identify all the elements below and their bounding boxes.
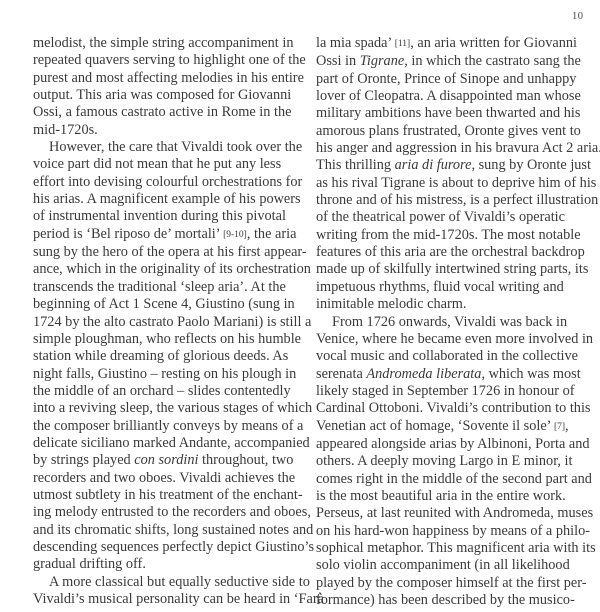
text-segment: appeared alongside arias by Albinoni, Po… bbox=[316, 436, 590, 452]
text-segment: the middle of an orchard – slides conten… bbox=[33, 383, 291, 399]
text-segment: writing from the mid-1720s. The most not… bbox=[316, 227, 581, 243]
text-line: night falls, Giustino – resting on his p… bbox=[33, 366, 291, 383]
text-line: solo violin accompaniment (in all likeli… bbox=[316, 557, 588, 574]
text-segment: utmost subtlety in his treatment of the … bbox=[33, 487, 303, 503]
text-segment: gradual drifting off. bbox=[33, 556, 146, 572]
text-line: recorders and two oboes. Vivaldi achieve… bbox=[33, 470, 291, 487]
text-line: la mia spada’ [11], an aria written for … bbox=[316, 35, 588, 53]
text-line: transcends the traditional ‘sleep aria’.… bbox=[33, 279, 291, 296]
text-segment: simple ploughman, who reflects on his hu… bbox=[33, 331, 301, 347]
text-segment: purest and most affecting melodies in hi… bbox=[33, 70, 304, 86]
text-segment: his anger and aggression in his bravura … bbox=[316, 140, 600, 156]
text-line: purest and most affecting melodies in hi… bbox=[33, 70, 291, 87]
text-segment: on his hard-won happiness by means of a … bbox=[316, 523, 590, 539]
text-segment: formance) has been described by the musi… bbox=[316, 592, 575, 608]
text-segment: military ambitions have been thwarted an… bbox=[316, 105, 580, 121]
text-line: output. This aria was composed for Giova… bbox=[33, 87, 291, 104]
text-line: comes right in the middle of the second … bbox=[316, 471, 588, 488]
text-line: Ossi in Tigrane, in which the castrato s… bbox=[316, 53, 588, 70]
text-segment: Ossi, a famous castrato active in Rome i… bbox=[33, 104, 291, 120]
text-line: amorous plans frustrated, Oronte gives v… bbox=[316, 123, 588, 140]
text-line: appeared alongside arias by Albinoni, Po… bbox=[316, 436, 588, 453]
text-line: played by the composer himself at the fi… bbox=[316, 575, 588, 592]
left-text-column: melodist, the simple string accompanimen… bbox=[33, 35, 291, 608]
text-segment: vocal music and collaborated in the coll… bbox=[316, 348, 578, 364]
text-segment: transcends the traditional ‘sleep aria’.… bbox=[33, 279, 286, 295]
text-segment: Venetian act of homage, ‘Sovente il sole… bbox=[316, 418, 554, 434]
text-segment: , the aria bbox=[247, 226, 297, 242]
text-line: beginning of Act 1 Scene 4, Giustino (su… bbox=[33, 296, 291, 313]
text-line: voice part did not mean that he put any … bbox=[33, 156, 291, 173]
text-line: writing from the mid-1720s. The most not… bbox=[316, 227, 588, 244]
page-number: 10 bbox=[572, 11, 584, 22]
text-segment: mid-1720s. bbox=[33, 122, 98, 138]
text-line: effort into devising colourful orchestra… bbox=[33, 174, 291, 191]
text-line: simple ploughman, who reflects on his hu… bbox=[33, 331, 291, 348]
text-line: features of this aria are the orchestral… bbox=[316, 244, 588, 261]
text-segment: of the theatrical power of Vivaldi’s ope… bbox=[316, 209, 565, 225]
text-segment: beginning of Act 1 Scene 4, Giustino (su… bbox=[33, 296, 295, 312]
text-line: ing melody entrusted to the recorders an… bbox=[33, 504, 291, 521]
text-segment: Vivaldi’s musical personality can be hea… bbox=[33, 591, 324, 607]
text-line: However, the care that Vivaldi took over… bbox=[33, 139, 291, 156]
text-line: lover of Cleopatra. A disappointed man w… bbox=[316, 88, 588, 105]
right-text-column: la mia spada’ [11], an aria written for … bbox=[316, 35, 588, 609]
text-segment: serenata bbox=[316, 366, 366, 382]
text-segment: into a reviving sleep, the various stage… bbox=[33, 400, 312, 416]
text-segment: likely staged in September 1726 in honou… bbox=[316, 383, 575, 399]
italic-text: Tigrane bbox=[360, 53, 405, 69]
text-segment: voice part did not mean that he put any … bbox=[33, 156, 281, 172]
text-segment: ance, which in the originality of its or… bbox=[33, 261, 311, 277]
text-segment: , sung by Oronte just bbox=[471, 157, 591, 173]
text-line: Ossi, a famous castrato active in Rome i… bbox=[33, 104, 291, 121]
text-segment: as his rival Tigrane is about to deprive… bbox=[316, 175, 596, 191]
text-line: descending sequences perfectly depict Gi… bbox=[33, 539, 291, 556]
text-segment: is the most beautiful aria in the entire… bbox=[316, 488, 566, 504]
text-segment: , an aria written for Giovanni bbox=[410, 35, 577, 51]
text-segment: However, the care that Vivaldi took over… bbox=[49, 139, 302, 155]
track-reference: [7] bbox=[554, 422, 565, 432]
text-segment: others. A deeply moving Largo in E minor… bbox=[316, 453, 572, 469]
text-line: others. A deeply moving Largo in E minor… bbox=[316, 453, 588, 470]
text-segment: melodist, the simple string accompanimen… bbox=[33, 35, 293, 51]
text-segment: Cardinal Ottoboni. Vivaldi’s contributio… bbox=[316, 400, 590, 416]
text-line: sophical metaphor. This magnificent aria… bbox=[316, 540, 588, 557]
text-segment: impetuous rhythms, fluid vocal writing a… bbox=[316, 279, 564, 295]
text-segment: night falls, Giustino – resting on his p… bbox=[33, 366, 296, 382]
text-segment: repeated quavers serving to highlight on… bbox=[33, 52, 306, 68]
text-segment: , which was most bbox=[481, 366, 580, 382]
text-segment: output. This aria was composed for Giova… bbox=[33, 87, 291, 103]
text-line: A more classical but equally seductive s… bbox=[33, 574, 291, 591]
text-line: 1724 by the alto castrato Paolo Mariani)… bbox=[33, 314, 291, 331]
text-line: Perseus, at last reunited with Andromeda… bbox=[316, 505, 588, 522]
text-line: Venetian act of homage, ‘Sovente il sole… bbox=[316, 418, 588, 436]
text-segment: delicate siciliano marked Andante, accom… bbox=[33, 435, 310, 451]
italic-text: aria di furore bbox=[395, 157, 472, 173]
text-line: Vivaldi’s musical personality can be hea… bbox=[33, 591, 291, 608]
text-line: the middle of an orchard – slides conten… bbox=[33, 383, 291, 400]
text-line: on his hard-won happiness by means of a … bbox=[316, 523, 588, 540]
text-line: Venice, where he became even more involv… bbox=[316, 331, 588, 348]
text-segment: part of Oronte, Prince of Sinope and unh… bbox=[316, 71, 576, 87]
text-segment: of instrumental invention during this pi… bbox=[33, 208, 286, 224]
text-segment: 1724 by the alto castrato Paolo Mariani)… bbox=[33, 314, 311, 330]
text-line: mid-1720s. bbox=[33, 122, 291, 139]
text-line: vocal music and collaborated in the coll… bbox=[316, 348, 588, 365]
text-line: impetuous rhythms, fluid vocal writing a… bbox=[316, 279, 588, 296]
text-line: of the theatrical power of Vivaldi’s ope… bbox=[316, 209, 588, 226]
text-line: by strings played con sordini throughout… bbox=[33, 452, 291, 469]
text-segment: and its chromatic shifts, long sustained… bbox=[33, 522, 313, 538]
text-line: melodist, the simple string accompanimen… bbox=[33, 35, 291, 52]
text-segment: , in which the castrato sang the bbox=[404, 53, 581, 69]
text-segment: inimitable melodic charm. bbox=[316, 296, 466, 312]
text-line: is the most beautiful aria in the entire… bbox=[316, 488, 588, 505]
text-segment: lover of Cleopatra. A disappointed man w… bbox=[316, 88, 581, 104]
text-line: inimitable melodic charm. bbox=[316, 296, 588, 313]
text-line: station while dreaming of glorious deeds… bbox=[33, 348, 291, 365]
text-line: This thrilling aria di furore, sung by O… bbox=[316, 157, 588, 174]
text-segment: This thrilling bbox=[316, 157, 395, 173]
text-segment: descending sequences perfectly depict Gi… bbox=[33, 539, 314, 555]
text-line: From 1726 onwards, Vivaldi was back in bbox=[316, 314, 588, 331]
text-line: into a reviving sleep, the various stage… bbox=[33, 400, 291, 417]
text-segment: solo violin accompaniment (in all likeli… bbox=[316, 557, 570, 573]
text-line: gradual drifting off. bbox=[33, 556, 291, 573]
text-segment: period is ‘Bel riposo de’ mortali’ bbox=[33, 226, 223, 242]
track-reference: [9-10] bbox=[223, 230, 247, 240]
text-segment: A more classical but equally seductive s… bbox=[49, 574, 310, 590]
text-line: utmost subtlety in his treatment of the … bbox=[33, 487, 291, 504]
text-segment: sung by the hero of the opera at his fir… bbox=[33, 244, 307, 260]
text-line: sung by the hero of the opera at his fir… bbox=[33, 244, 291, 261]
text-segment: his arias. A magnificent example of his … bbox=[33, 191, 301, 207]
text-line: period is ‘Bel riposo de’ mortali’ [9-10… bbox=[33, 226, 291, 244]
text-segment: played by the composer himself at the fi… bbox=[316, 575, 586, 591]
text-line: his anger and aggression in his bravura … bbox=[316, 140, 588, 157]
italic-text: con sordini bbox=[134, 452, 198, 468]
text-line: throne and of his mistress, is a perfect… bbox=[316, 192, 588, 209]
text-segment: by strings played bbox=[33, 452, 134, 468]
italic-text: Andromeda liberata bbox=[366, 366, 481, 382]
text-line: part of Oronte, Prince of Sinope and unh… bbox=[316, 71, 588, 88]
text-line: likely staged in September 1726 in honou… bbox=[316, 383, 588, 400]
text-line: serenata Andromeda liberata, which was m… bbox=[316, 366, 588, 383]
text-line: his arias. A magnificent example of his … bbox=[33, 191, 291, 208]
text-segment: station while dreaming of glorious deeds… bbox=[33, 348, 288, 364]
text-line: Cardinal Ottoboni. Vivaldi’s contributio… bbox=[316, 400, 588, 417]
text-segment: comes right in the middle of the second … bbox=[316, 471, 592, 487]
text-line: formance) has been described by the musi… bbox=[316, 592, 588, 609]
text-segment: ing melody entrusted to the recorders an… bbox=[33, 504, 311, 520]
text-segment: la mia spada’ bbox=[316, 35, 395, 51]
text-line: of instrumental invention during this pi… bbox=[33, 208, 291, 225]
text-line: made up of skilfully intertwined string … bbox=[316, 261, 588, 278]
text-segment: Venice, where he became even more involv… bbox=[316, 331, 593, 347]
text-segment: sophical metaphor. This magnificent aria… bbox=[316, 540, 596, 556]
text-segment: effort into devising colourful orchestra… bbox=[33, 174, 302, 190]
text-line: and its chromatic shifts, long sustained… bbox=[33, 522, 291, 539]
text-line: as his rival Tigrane is about to deprive… bbox=[316, 175, 588, 192]
text-line: delicate siciliano marked Andante, accom… bbox=[33, 435, 291, 452]
text-segment: amorous plans frustrated, Oronte gives v… bbox=[316, 123, 581, 139]
text-segment: throughout, two bbox=[198, 452, 293, 468]
text-line: ance, which in the originality of its or… bbox=[33, 261, 291, 278]
text-segment: From 1726 onwards, Vivaldi was back in bbox=[332, 314, 567, 330]
text-segment: features of this aria are the orchestral… bbox=[316, 244, 585, 260]
track-reference: [11] bbox=[395, 39, 410, 49]
text-line: the composer brilliantly conveys by mean… bbox=[33, 418, 291, 435]
text-segment: , bbox=[565, 418, 569, 434]
text-segment: the composer brilliantly conveys by mean… bbox=[33, 418, 303, 434]
text-segment: made up of skilfully intertwined string … bbox=[316, 261, 588, 277]
text-segment: throne and of his mistress, is a perfect… bbox=[316, 192, 598, 208]
text-segment: recorders and two oboes. Vivaldi achieve… bbox=[33, 470, 295, 486]
text-line: military ambitions have been thwarted an… bbox=[316, 105, 588, 122]
text-line: repeated quavers serving to highlight on… bbox=[33, 52, 291, 69]
text-segment: Ossi in bbox=[316, 53, 360, 69]
text-segment: Perseus, at last reunited with Andromeda… bbox=[316, 505, 593, 521]
